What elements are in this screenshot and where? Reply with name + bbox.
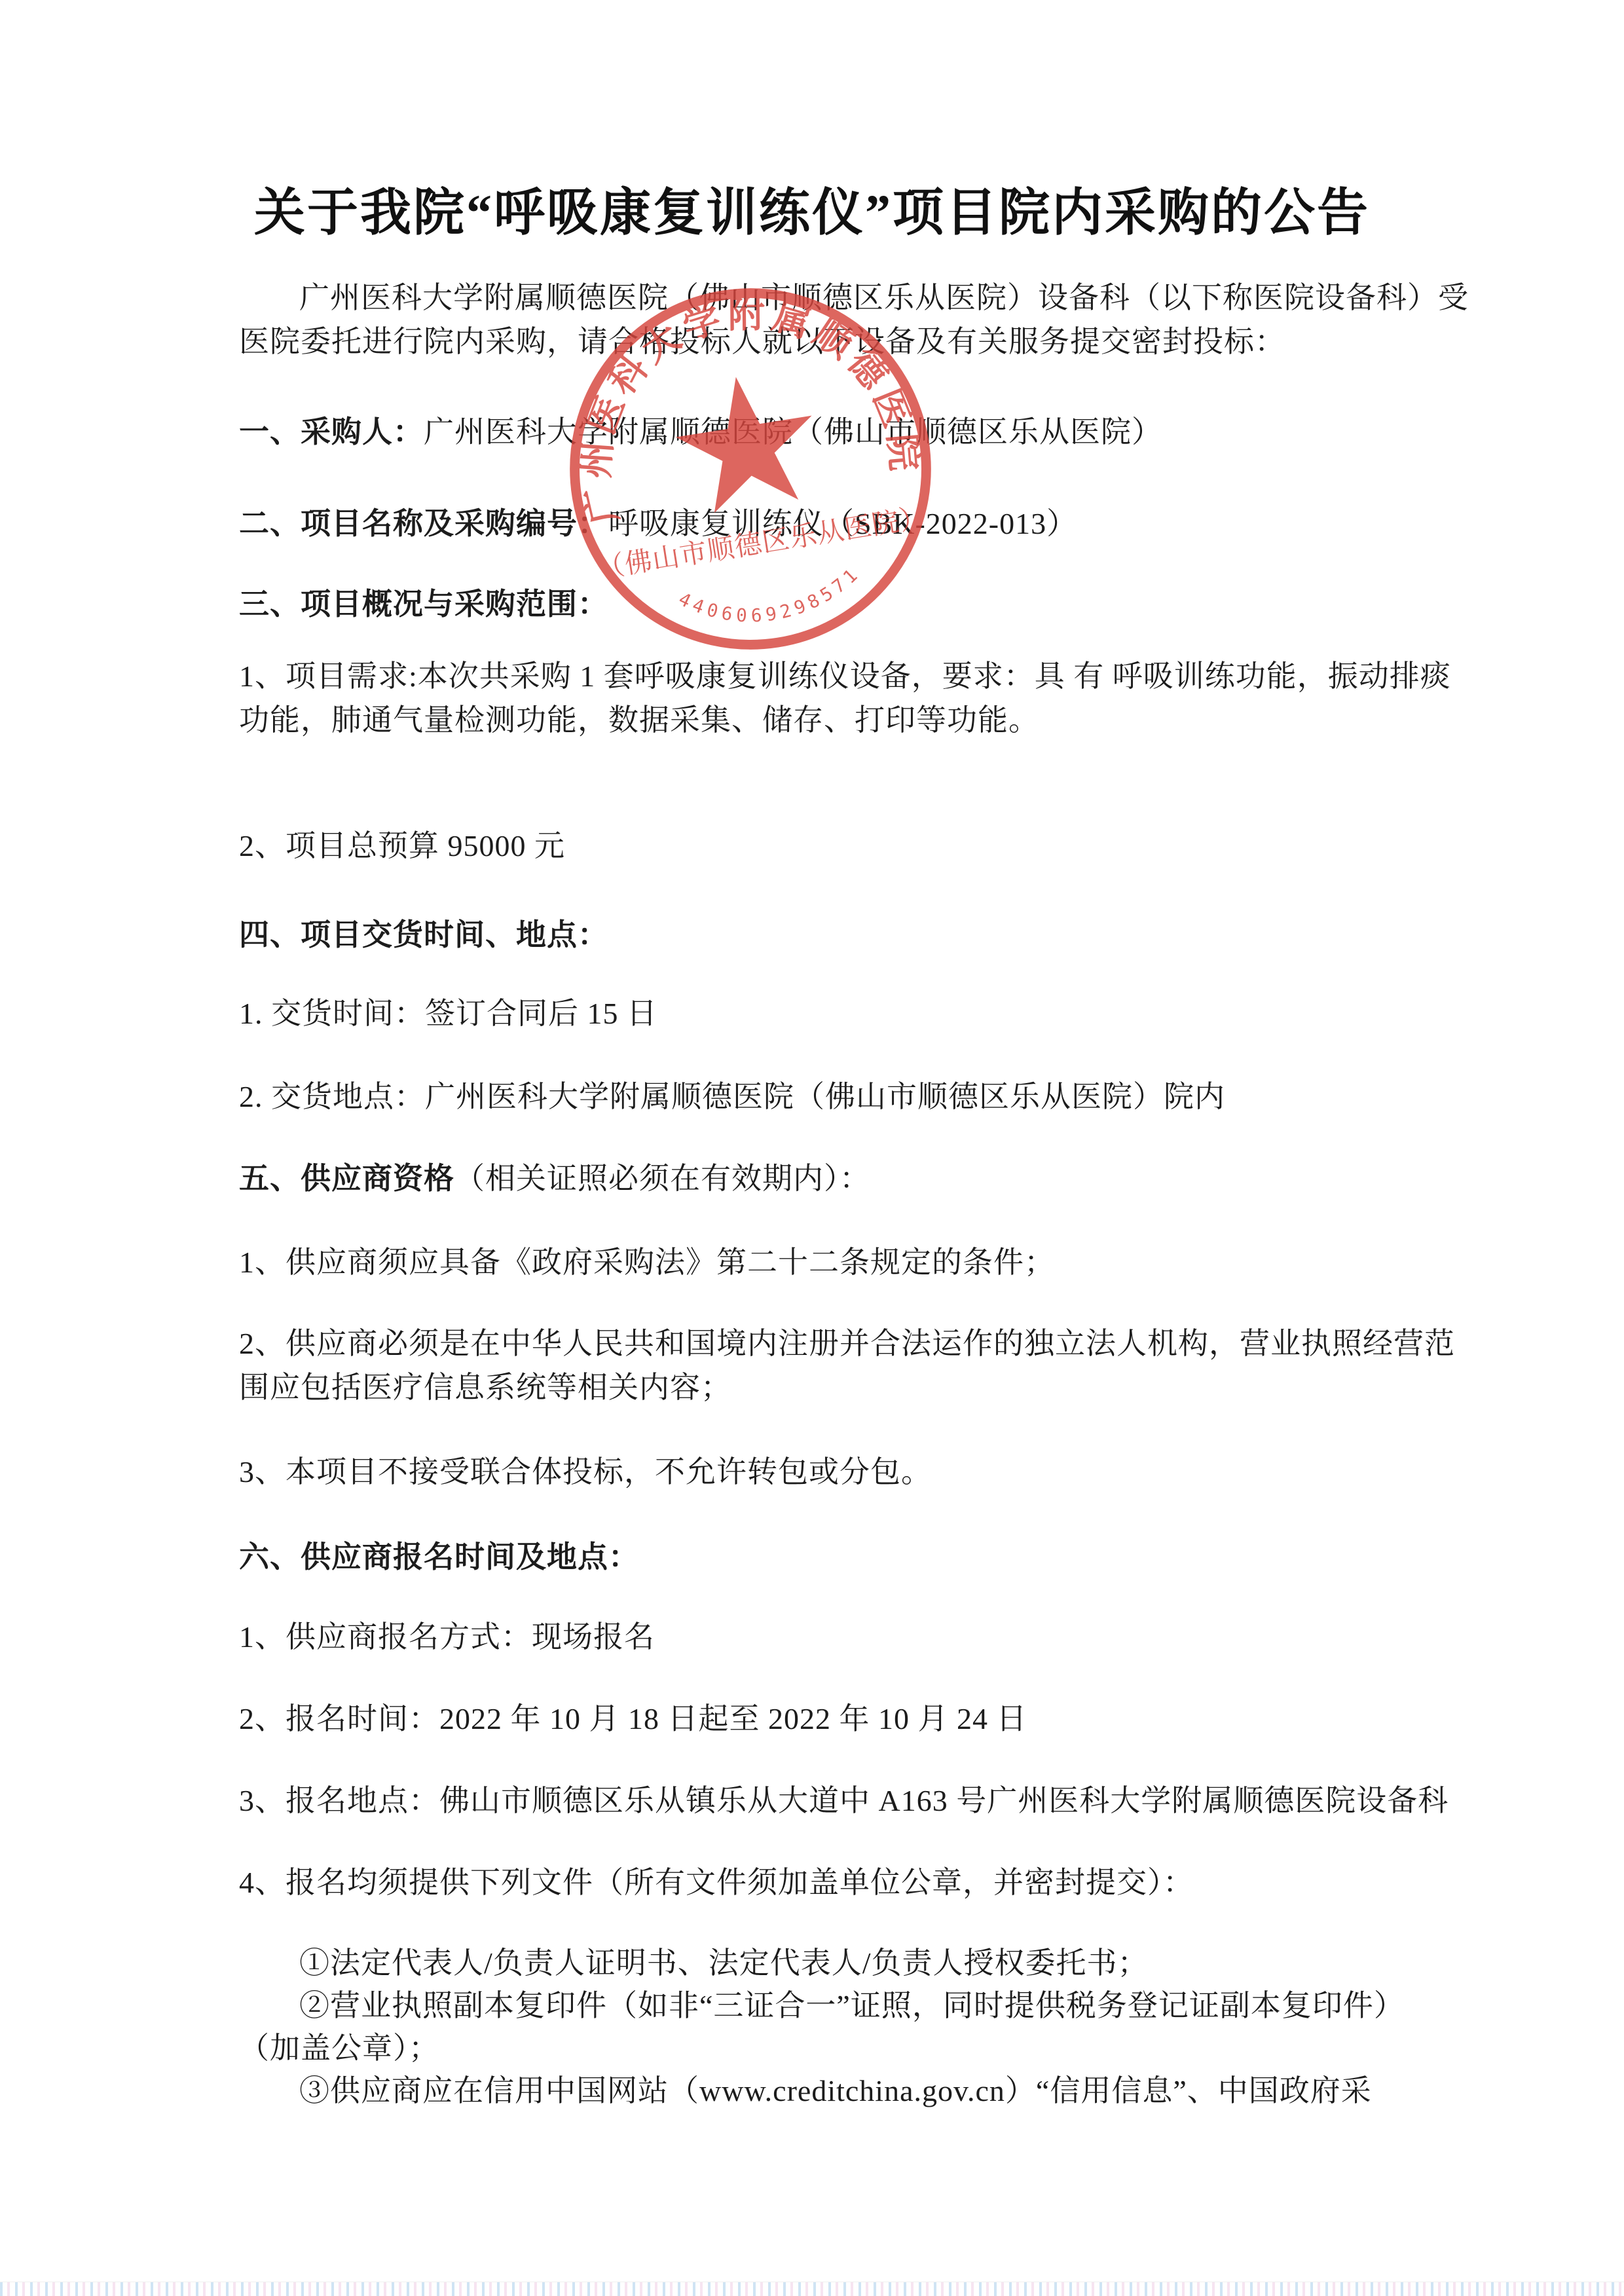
- intro-line-1: 广州医科大学附属顺德医院（佛山市顺德区乐从医院）设备科（以下称医院设备科）受: [299, 278, 1469, 318]
- scanner-edge-artifact: [0, 2282, 1624, 2296]
- section-project-name: 二、项目名称及采购编号：呼吸康复训练仪（SBK-2022-013）: [239, 504, 1077, 544]
- required-doc-3: ③供应商应在信用中国网站（www.creditchina.gov.cn）“信用信…: [299, 2071, 1372, 2111]
- registration-place-line: 3、报名地点：佛山市顺德区乐从镇乐从大道中 A163 号广州医科大学附属顺德医院…: [239, 1781, 1449, 1821]
- section-qualification-heading: 五、供应商资格（相关证照必须在有效期内）：: [239, 1159, 870, 1198]
- section-purchaser-label: 一、采购人：: [239, 415, 424, 449]
- section-registration-heading: 六、供应商报名时间及地点：: [239, 1538, 639, 1577]
- registration-docs-line: 4、报名均须提供下列文件（所有文件须加盖单位公章，并密封提交）：: [239, 1863, 1194, 1902]
- requirement-line-1: 1、项目需求:本次共采购 1 套呼吸康复训练仪设备，要求：具 有 呼吸训练功能，…: [239, 657, 1451, 696]
- intro-line-2: 医院委托进行院内采购，请合格投标人就以下设备及有关服务提交密封投标：: [239, 322, 1285, 361]
- qualification-heading-label: 五、供应商资格: [239, 1162, 454, 1195]
- qualification-item-3: 3、本项目不接受联合体投标，不允许转包或分包。: [239, 1453, 932, 1492]
- qualification-item-2-line-2: 围应包括医疗信息系统等相关内容；: [239, 1368, 731, 1407]
- budget-line: 2、项目总预算 95000 元: [239, 826, 565, 866]
- section-scope-heading: 三、项目概况与采购范围：: [239, 585, 608, 624]
- section-project-name-value: 呼吸康复训练仪（SBK-2022-013）: [608, 507, 1077, 540]
- section-delivery-heading: 四、项目交货时间、地点：: [239, 916, 608, 955]
- required-doc-2-line-2: （加盖公章）；: [239, 2029, 439, 2068]
- section-purchaser-value: 广州医科大学附属顺德医院（佛山市顺德区乐从医院）: [424, 415, 1162, 449]
- section-project-name-label: 二、项目名称及采购编号：: [239, 507, 608, 540]
- required-doc-1: ①法定代表人/负责人证明书、法定代表人/负责人授权委托书；: [299, 1944, 1149, 1983]
- section-purchaser: 一、采购人：广州医科大学附属顺德医院（佛山市顺德区乐从医院）: [239, 413, 1162, 452]
- registration-method-line: 1、供应商报名方式：现场报名: [239, 1618, 655, 1657]
- delivery-time-line: 1. 交货时间：签订合同后 15 日: [239, 994, 657, 1033]
- registration-time-line: 2、报名时间：2022 年 10 月 18 日起至 2022 年 10 月 24…: [239, 1699, 1027, 1739]
- delivery-place-line: 2. 交货地点：广州医科大学附属顺德医院（佛山市顺德区乐从医院）院内: [239, 1077, 1225, 1117]
- qualification-item-1: 1、供应商须应具备《政府采购法》第二十二条规定的条件；: [239, 1243, 1055, 1282]
- required-doc-2-line-1: ②营业执照副本复印件（如非“三证合一”证照，同时提供税务登记证副本复印件）: [299, 1986, 1405, 2026]
- qualification-item-2-line-1: 2、供应商必须是在中华人民共和国境内注册并合法运作的独立法人机构，营业执照经营范: [239, 1324, 1455, 1363]
- qualification-heading-suffix: （相关证照必须在有效期内）：: [454, 1162, 870, 1195]
- seal-serial-number: 4406069298571: [673, 560, 870, 640]
- page-title: 关于我院“呼吸康复训练仪”项目院内采购的公告: [0, 172, 1624, 245]
- scanned-announcement-page: 关于我院“呼吸康复训练仪”项目院内采购的公告 广州医科大学附属顺德医院（佛山市顺…: [0, 0, 1624, 2296]
- requirement-line-2: 功能，肺通气量检测功能，数据采集、储存、打印等功能。: [239, 701, 1039, 740]
